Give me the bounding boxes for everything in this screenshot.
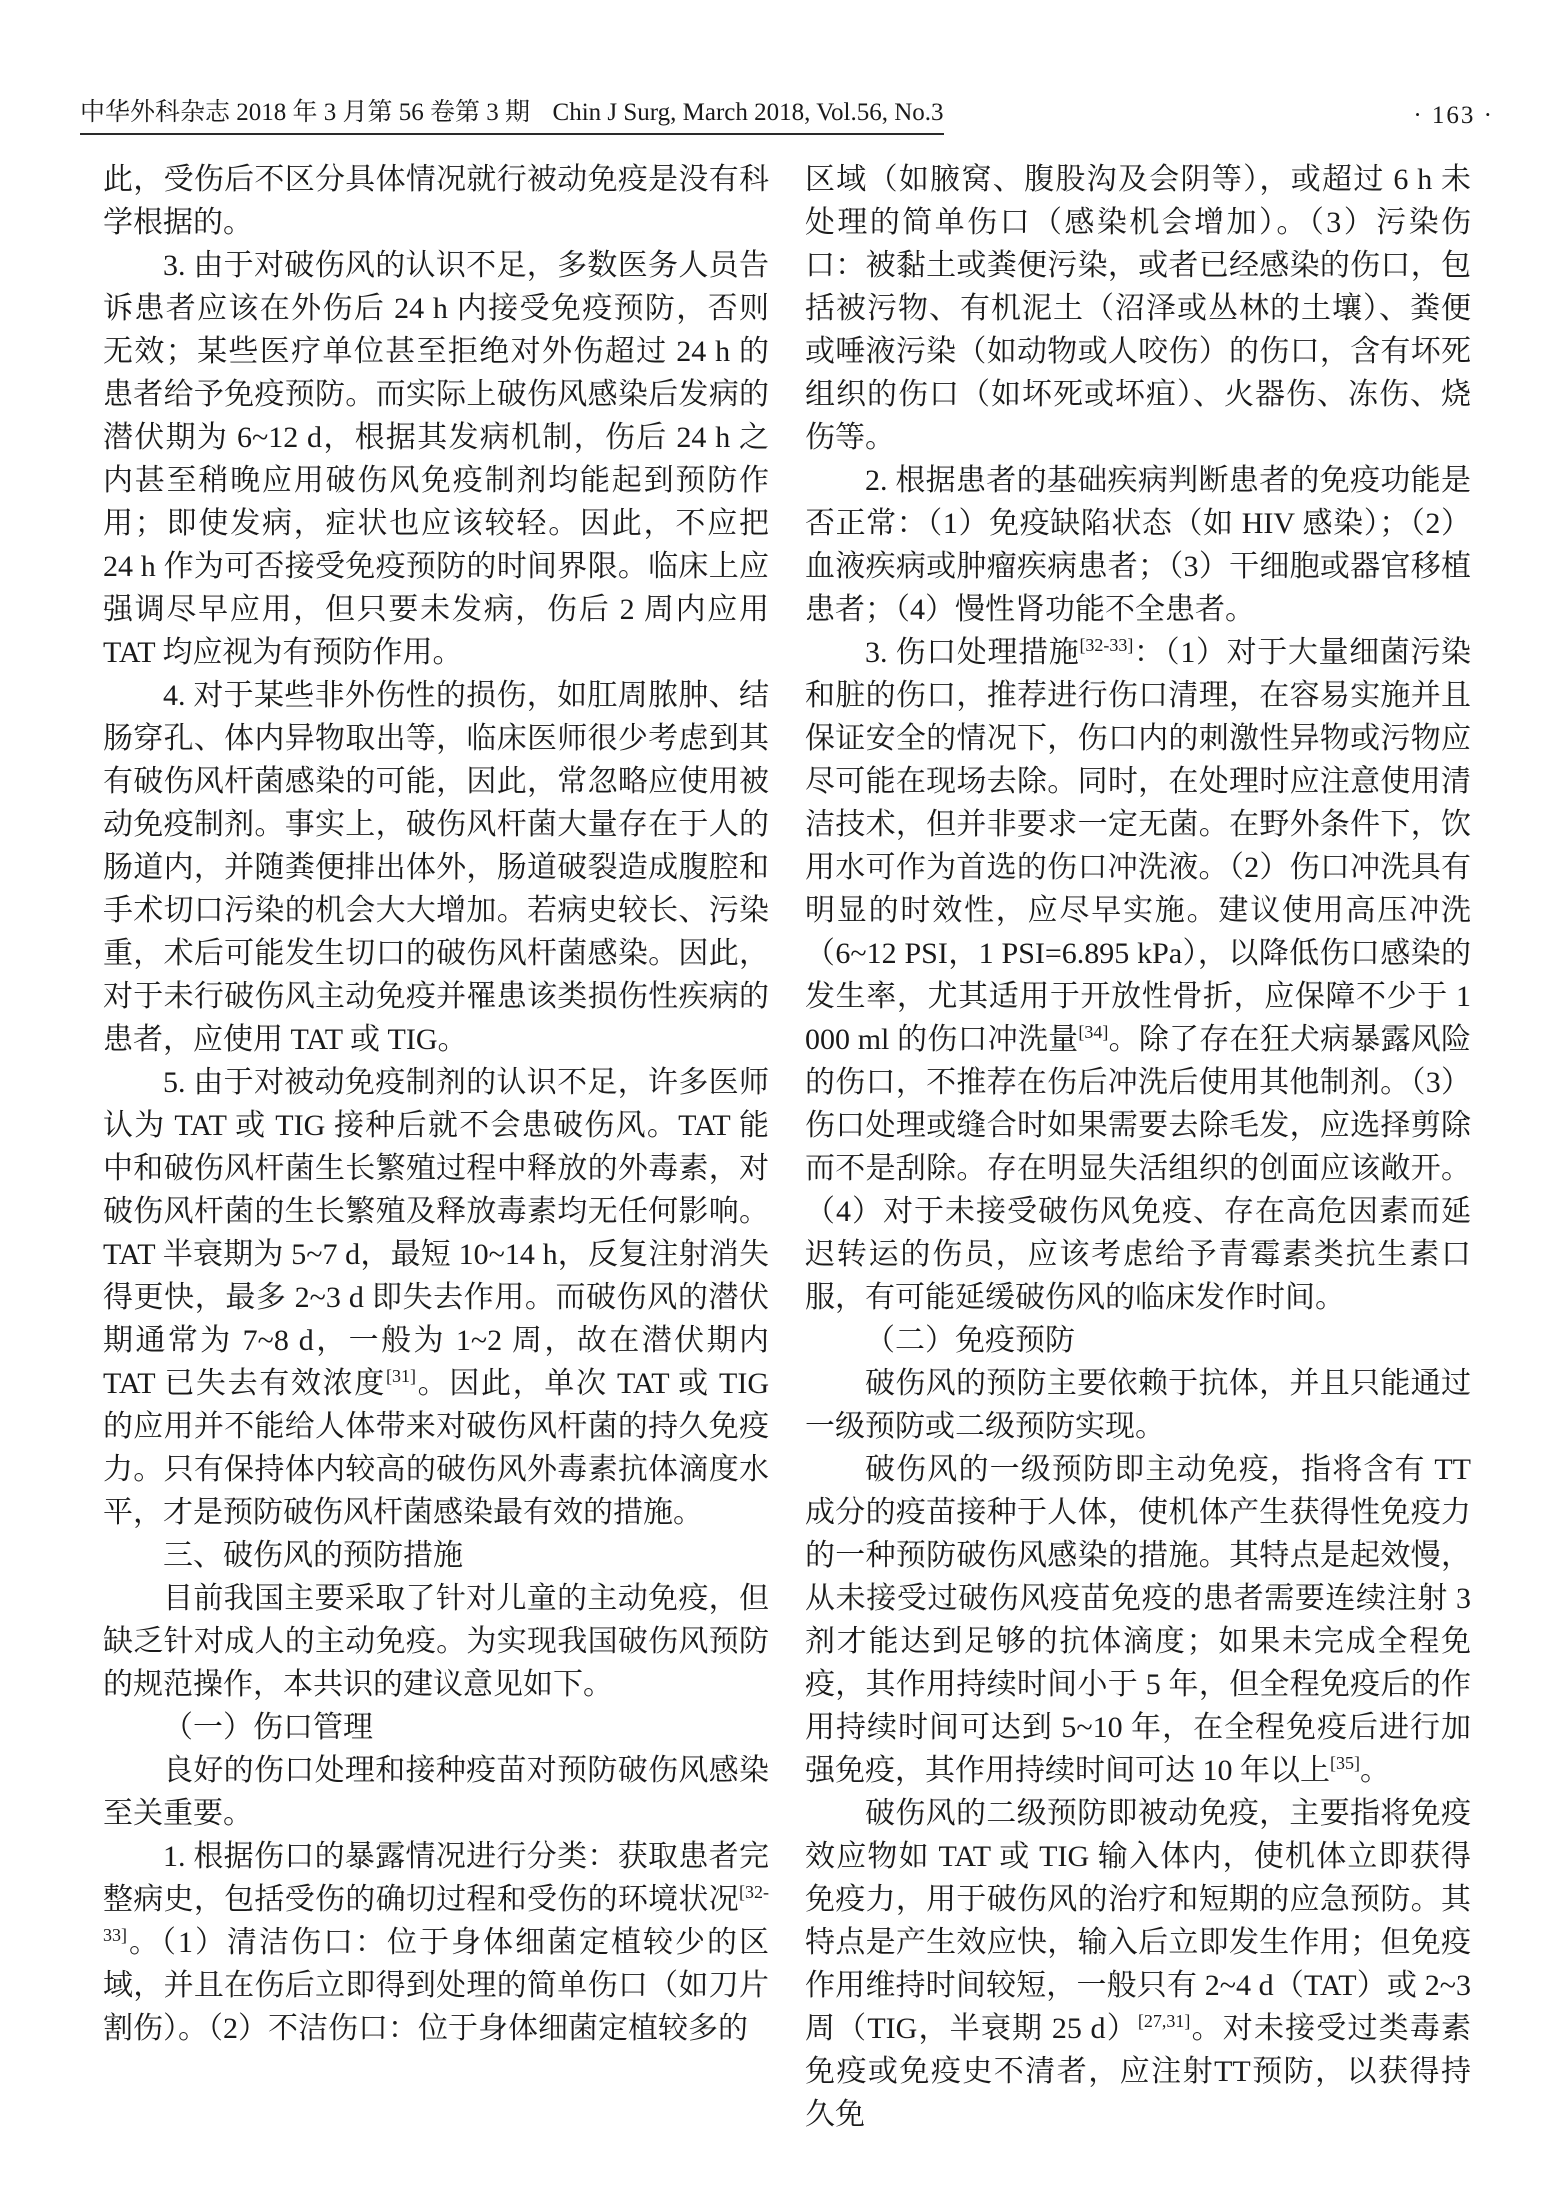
paragraph: 5. 由于对被动免疫制剂的认识不足，许多医师认为 TAT 或 TIG 接种后就不…: [103, 1061, 769, 1534]
paragraph: 3. 伤口处理措施[32-33]：（1）对于大量细菌污染和脏的伤口，推荐进行伤口…: [805, 631, 1471, 1319]
paragraph: 破伤风的二级预防即被动免疫，主要指将免疫效应物如 TAT 或 TIG 输入体内，…: [805, 1792, 1471, 2136]
paragraph: 此，受伤后不区分具体情况就行被动免疫是没有科学根据的。: [103, 158, 769, 244]
left-column: 此，受伤后不区分具体情况就行被动免疫是没有科学根据的。3. 由于对破伤风的认识不…: [103, 158, 769, 2136]
section-heading: （二）免疫预防: [805, 1319, 1471, 1362]
citation-ref: [35]: [1330, 1753, 1360, 1773]
journal-page: 中华外科杂志 2018 年 3 月第 56 卷第 3 期Chin J Surg,…: [0, 0, 1560, 2205]
paragraph: 1. 根据伤口的暴露情况进行分类：获取患者完整病史，包括受伤的确切过程和受伤的环…: [103, 1835, 769, 2050]
page-number: · 163 ·: [1413, 102, 1494, 135]
paragraph: 良好的伤口处理和接种疫苗对预防破伤风感染至关重要。: [103, 1749, 769, 1835]
journal-title-cn: 中华外科杂志 2018 年 3 月第 56 卷第 3 期: [80, 99, 530, 126]
article-body: 此，受伤后不区分具体情况就行被动免疫是没有科学根据的。3. 由于对破伤风的认识不…: [103, 158, 1471, 2136]
paragraph: 目前我国主要采取了针对儿童的主动免疫，但缺乏针对成人的主动免疫。为实现我国破伤风…: [103, 1577, 769, 1706]
citation-ref: [31]: [386, 1366, 416, 1386]
citation-ref: [32-33]: [1079, 635, 1133, 655]
paragraph: 区域（如腋窝、腹股沟及会阴等），或超过 6 h 未处理的简单伤口（感染机会增加）…: [805, 158, 1471, 459]
paragraph: 4. 对于某些非外伤性的损伤，如肛周脓肿、结肠穿孔、体内异物取出等，临床医师很少…: [103, 674, 769, 1061]
paragraph: 3. 由于对破伤风的认识不足，多数医务人员告诉患者应该在外伤后 24 h 内接受…: [103, 244, 769, 674]
page-header: 中华外科杂志 2018 年 3 月第 56 卷第 3 期Chin J Surg,…: [80, 92, 1494, 135]
citation-ref: [34]: [1078, 1022, 1108, 1042]
journal-title: 中华外科杂志 2018 年 3 月第 56 卷第 3 期Chin J Surg,…: [80, 92, 944, 135]
paragraph: 破伤风的预防主要依赖于抗体，并且只能通过一级预防或二级预防实现。: [805, 1362, 1471, 1448]
citation-ref: [27,31]: [1138, 2011, 1191, 2031]
citation-ref: [32-33]: [103, 1882, 769, 1945]
right-column: 区域（如腋窝、腹股沟及会阴等），或超过 6 h 未处理的简单伤口（感染机会增加）…: [805, 158, 1471, 2136]
paragraph: 2. 根据患者的基础疾病判断患者的免疫功能是否正常：（1）免疫缺陷状态（如 HI…: [805, 459, 1471, 631]
paragraph: 破伤风的一级预防即主动免疫，指将含有 TT 成分的疫苗接种于人体，使机体产生获得…: [805, 1448, 1471, 1792]
section-heading: 三、破伤风的预防措施: [103, 1534, 769, 1577]
journal-title-en: Chin J Surg, March 2018, Vol.56, No.3: [553, 99, 944, 126]
section-heading: （一）伤口管理: [103, 1706, 769, 1749]
